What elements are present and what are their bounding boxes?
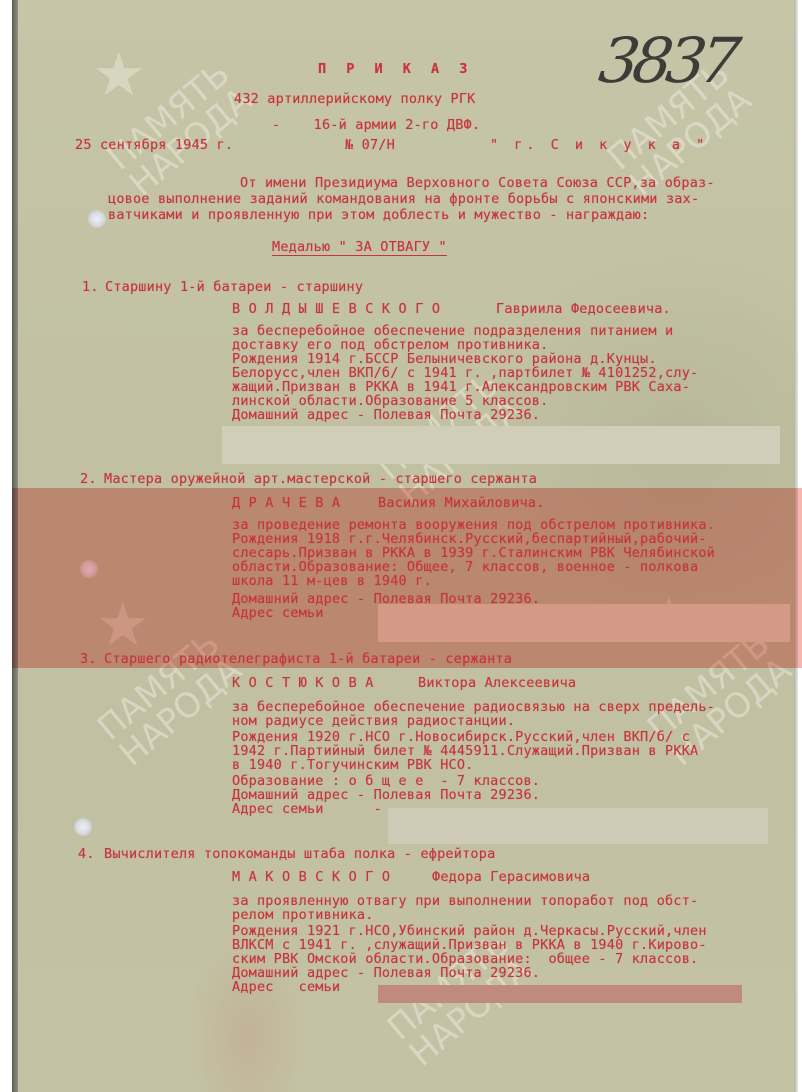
entry-line: релом противника. [232, 908, 374, 922]
entry-line: области.Образование: Общее, 7 классов, в… [232, 560, 698, 574]
entry-line: за проведение ремонта вооружения под обс… [232, 518, 715, 532]
entry-surname: В О Л Д Ы Ш Е В С К О Г О [232, 302, 440, 316]
redaction-box [378, 604, 790, 642]
punch-hole [74, 818, 92, 836]
entry-surname: Д Р А Ч Е В А [232, 496, 340, 510]
entry-index: 1. [82, 280, 99, 294]
entry-line: ским РВК Омской области.Образование: общ… [232, 952, 698, 966]
army-line: - 16-й армии 2-го ДВФ. [272, 118, 480, 132]
entry-line: доставку его под обстрелом противника. [232, 338, 548, 352]
entry-line: ном радиусе действия радиостанции. [232, 714, 515, 728]
entry-line: Домашний адрес - Полевая Почта 29236. [232, 966, 540, 980]
redaction-box [378, 985, 742, 1003]
entry-line: Адрес семьи [232, 606, 324, 620]
entry-line: Адрес семьи [232, 980, 340, 994]
redaction-box [388, 808, 768, 844]
entry-position: Мастера оружейной арт.мастерской - старш… [104, 472, 537, 486]
entry-index: 2. [80, 472, 97, 486]
entry-line: Образование : о б щ е е - 7 классов. [232, 774, 540, 788]
entry-line: Рождения 1921 г.НСО,Убинский район д.Чер… [232, 924, 707, 938]
entry-surname: К О С Т Ю К О В А [232, 676, 374, 690]
punch-hole [88, 210, 106, 228]
entry-line: за проявленную отвагу при выполнении топ… [232, 894, 698, 908]
order-number: № 07/Н [345, 138, 395, 152]
watermark-star-icon: ★ [92, 40, 146, 110]
entry-line: Домашний адрес - Полевая Почта 29236. [232, 788, 540, 802]
redaction-box [222, 426, 780, 464]
entry-line: Домашний адрес - Полевая Почта 29236. [232, 408, 540, 422]
entry-line: Рождения 1920 г.НСО г.Новосибирск.Русски… [232, 730, 690, 744]
award-heading: Медалью " ЗА ОТВАГУ " [272, 240, 447, 254]
entry-position: Старшину 1-й батареи - старшину [105, 280, 363, 294]
entry-line: ВЛКСМ с 1941 г. ,служащий.Призван в РККА… [232, 938, 707, 952]
order-date: 25 сентября 1945 г. [75, 138, 233, 152]
entry-index: 4. [78, 847, 95, 861]
entry-line: Адрес семьи - [232, 802, 382, 816]
entry-index: 3. [80, 652, 97, 666]
entry-surname: М А К О В С К О Г О [232, 870, 390, 884]
entry-given-name: Василия Михайловича. [378, 496, 545, 510]
entry-line: 1942 г.Партийный билет № 4445911.Служащи… [232, 744, 698, 758]
preamble-line: цовое выполнение заданий командования на… [108, 192, 699, 206]
order-place: " г. С и к у к а " [490, 138, 708, 152]
entry-line: линской области.Образование 5 классов. [232, 394, 548, 408]
entry-line: в 1940 г.Тогучинским РВК НСО. [232, 758, 474, 772]
entry-line: жащий.Призван в РККА в 1941 г.Александро… [232, 380, 690, 394]
entry-line: за бесперебойное обеспечение радиосвязью… [232, 700, 715, 714]
entry-position: Вычислителя топокоманды штаба полка - еф… [104, 847, 495, 861]
entry-line: Белорусс,член ВКП/б/ с 1941 г. ,партбиле… [232, 366, 698, 380]
entry-line: за бесперебойное обеспечение подразделен… [232, 324, 673, 338]
entry-line: Рождения 1918 г.г.Челябинск.Русский,бесп… [232, 532, 707, 546]
unit-line: 432 артиллерийскому полку РГК [234, 92, 476, 106]
entry-given-name: Федора Герасимовича [432, 870, 590, 884]
handwritten-archive-number: 3837 [595, 24, 739, 97]
entry-given-name: Виктора Алексеевича [418, 676, 576, 690]
entry-line: школа 11 м-цев в 1940 г. [232, 574, 432, 588]
entry-position: Старшего радиотелеграфиста 1-й батареи -… [104, 652, 512, 666]
entry-line: слесарь.Призван в РККА в 1939 г.Сталинск… [232, 546, 715, 560]
watermark: ПАМЯТЬНАРОДА [102, 56, 257, 202]
document-title: П Р И К А З [318, 62, 473, 76]
preamble-line: От имени Президиума Верховного Совета Со… [240, 176, 715, 190]
entry-line: Рождения 1914 г.БССР Белыничевского райо… [232, 352, 657, 366]
preamble-line: ватчиками и проявленную при этом доблест… [108, 208, 649, 222]
entry-given-name: Гавриила Федосеевича. [496, 302, 671, 316]
